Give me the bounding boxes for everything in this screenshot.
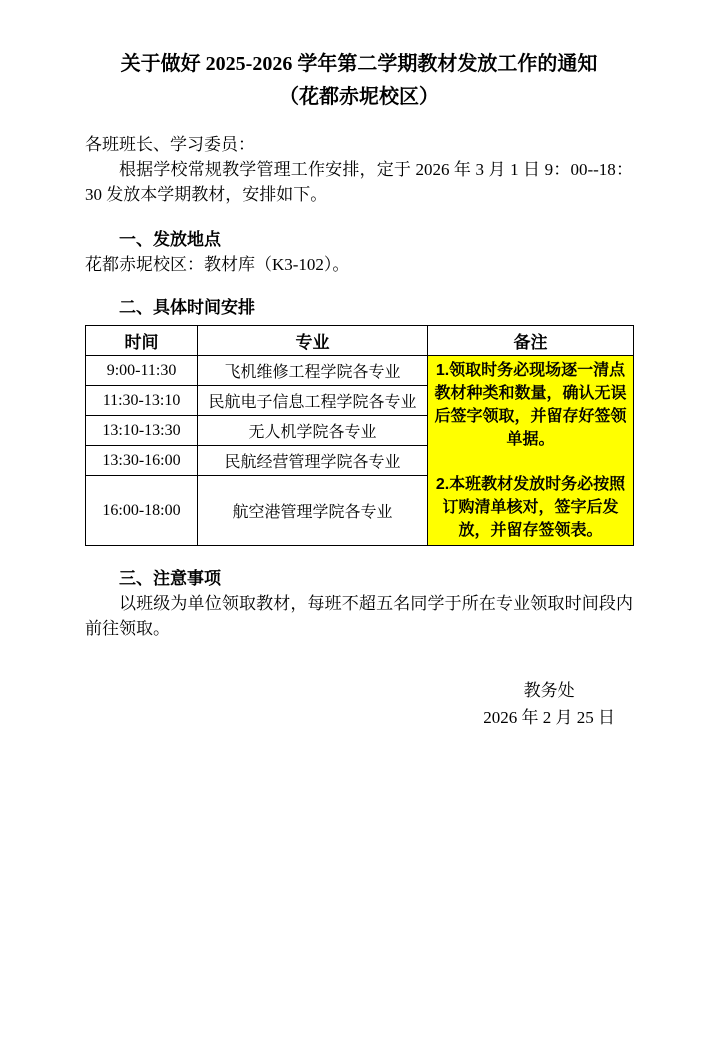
- remark-cell-highlighted: 1.领取时务必现场逐一清点教材种类和数量，确认无误后签字领取，并留存好签领单据。…: [428, 356, 634, 546]
- header-time: 时间: [86, 326, 198, 356]
- document-page: 关于做好 2025-2026 学年第二学期教材发放工作的通知 （花都赤坭校区） …: [0, 0, 708, 1051]
- title-line-1: 关于做好 2025-2026 学年第二学期教材发放工作的通知: [85, 48, 633, 81]
- signature-block: 教务处 2026 年 2 月 25 日: [483, 677, 615, 731]
- intro-paragraph: 根据学校常规教学管理工作安排，定于 2026 年 3 月 1 日 9：00--1…: [85, 157, 633, 207]
- table-header-row: 时间 专业 备注: [86, 326, 634, 356]
- major-cell: 无人机学院各专业: [198, 416, 428, 446]
- section-3-heading: 三、注意事项: [119, 566, 633, 591]
- header-remark: 备注: [428, 326, 634, 356]
- time-cell: 13:10-13:30: [86, 416, 198, 446]
- time-cell: 9:00-11:30: [86, 356, 198, 386]
- section-1-heading: 一、发放地点: [119, 227, 633, 252]
- time-cell: 13:30-16:00: [86, 446, 198, 476]
- remark-note-2: 2.本班教材发放时务必按照订购清单核对，签字后发放，并留存签领表。: [432, 473, 629, 542]
- time-cell: 11:30-13:10: [86, 386, 198, 416]
- major-cell: 航空港管理学院各专业: [198, 476, 428, 546]
- section-2-heading: 二、具体时间安排: [119, 295, 633, 320]
- remark-note-1: 1.领取时务必现场逐一清点教材种类和数量，确认无误后签字领取，并留存好签领单据。: [432, 359, 629, 451]
- header-major: 专业: [198, 326, 428, 356]
- time-cell: 16:00-18:00: [86, 476, 198, 546]
- document-title: 关于做好 2025-2026 学年第二学期教材发放工作的通知 （花都赤坭校区）: [85, 48, 633, 114]
- salutation: 各班班长、学习委员：: [85, 132, 633, 157]
- major-cell: 飞机维修工程学院各专业: [198, 356, 428, 386]
- table-row: 9:00-11:30 飞机维修工程学院各专业 1.领取时务必现场逐一清点教材种类…: [86, 356, 634, 386]
- signature-date: 2026 年 2 月 25 日: [483, 704, 615, 731]
- section-3-body: 以班级为单位领取教材，每班不超五名同学于所在专业领取时间段内前往领取。: [85, 591, 633, 641]
- title-line-2-campus: （花都赤坭校区）: [85, 81, 633, 114]
- section-1-body: 花都赤坭校区：教材库（K3-102）。: [85, 252, 633, 277]
- schedule-table: 时间 专业 备注 9:00-11:30 飞机维修工程学院各专业 1.领取时务必现…: [85, 325, 634, 546]
- signature-org: 教务处: [483, 677, 615, 704]
- major-cell: 民航电子信息工程学院各专业: [198, 386, 428, 416]
- major-cell: 民航经营管理学院各专业: [198, 446, 428, 476]
